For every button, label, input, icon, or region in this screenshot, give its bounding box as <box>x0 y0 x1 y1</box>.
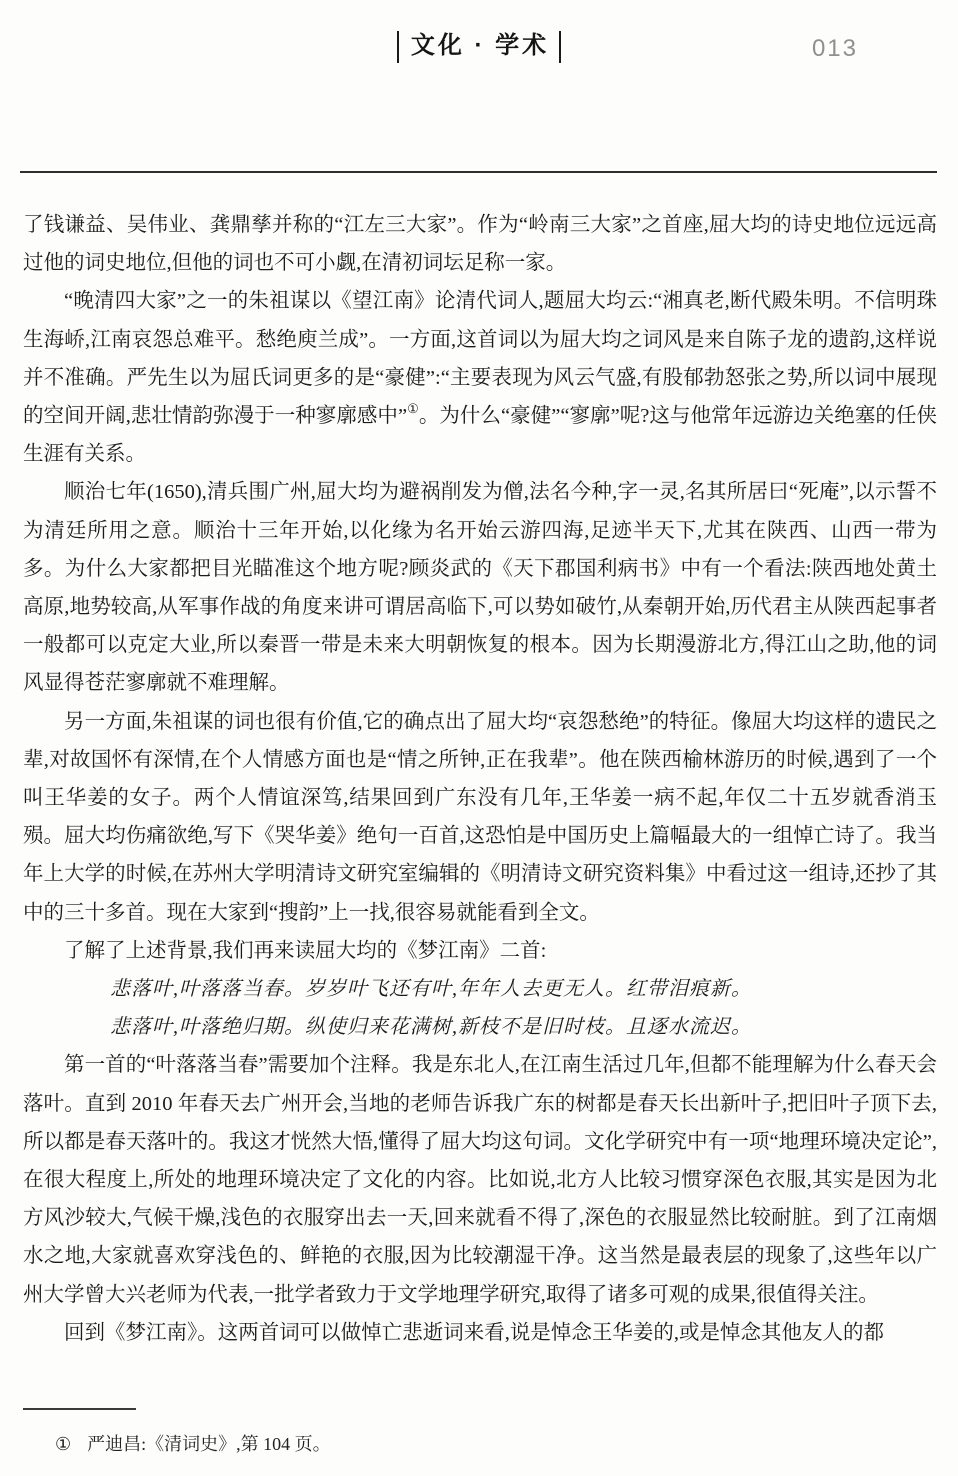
poem-block: 悲落叶,叶落落当春。岁岁叶飞还有叶,年年人去更无人。红带泪痕新。 悲落叶,叶落绝… <box>23 970 937 1046</box>
paragraph: 顺治七年(1650),清兵围广州,屈大均为避祸削发为僧,法名今种,字一灵,名其所… <box>23 473 937 702</box>
article-body: 了钱谦益、吴伟业、龚鼎孳并称的“江左三大家”。作为“岭南三大家”之首座,屈大均的… <box>23 206 937 1352</box>
header-rule <box>20 171 937 173</box>
footnote-text: 严迪昌:《清词史》,第 104 页。 <box>87 1434 331 1454</box>
page-number: 013 <box>812 37 858 61</box>
paragraph: 第一首的“叶落落当春”需要加个注释。我是东北人,在江南生活过几年,但都不能理解为… <box>23 1046 937 1313</box>
poem-line: 悲落叶,叶落落当春。岁岁叶飞还有叶,年年人去更无人。红带泪痕新。 <box>110 970 937 1008</box>
footnote-rule <box>23 1408 136 1410</box>
paragraph: 了解了上述背景,我们再来读屈大均的《梦江南》二首: <box>23 932 937 970</box>
paragraph: 回到《梦江南》。这两首词可以做悼亡悲逝词来看,说是悼念王华姜的,或是悼念其他友人… <box>23 1314 937 1352</box>
footnote: ①严迪昌:《清词史》,第 104 页。 <box>55 1431 915 1457</box>
paragraph-continuation: 了钱谦益、吴伟业、龚鼎孳并称的“江左三大家”。作为“岭南三大家”之首座,屈大均的… <box>23 206 937 282</box>
paragraph: “晚清四大家”之一的朱祖谋以《望江南》论清代词人,题屈大均云:“湘真老,断代殿朱… <box>23 282 937 473</box>
poem-line: 悲落叶,叶落绝归期。纵使归来花满树,新枝不是旧时枝。且逐水流迟。 <box>110 1008 937 1046</box>
paragraph: 另一方面,朱祖谋的词也很有价值,它的确点出了屈大均“哀怨愁绝”的特征。像屈大均这… <box>23 703 937 932</box>
footnote-ref: ① <box>407 401 419 416</box>
footnote-marker: ① <box>55 1434 71 1454</box>
document-page: 文化 · 学术 013 了钱谦益、吴伟业、龚鼎孳并称的“江左三大家”。作为“岭南… <box>0 0 958 1476</box>
section-title: 文化 · 学术 <box>397 31 561 63</box>
